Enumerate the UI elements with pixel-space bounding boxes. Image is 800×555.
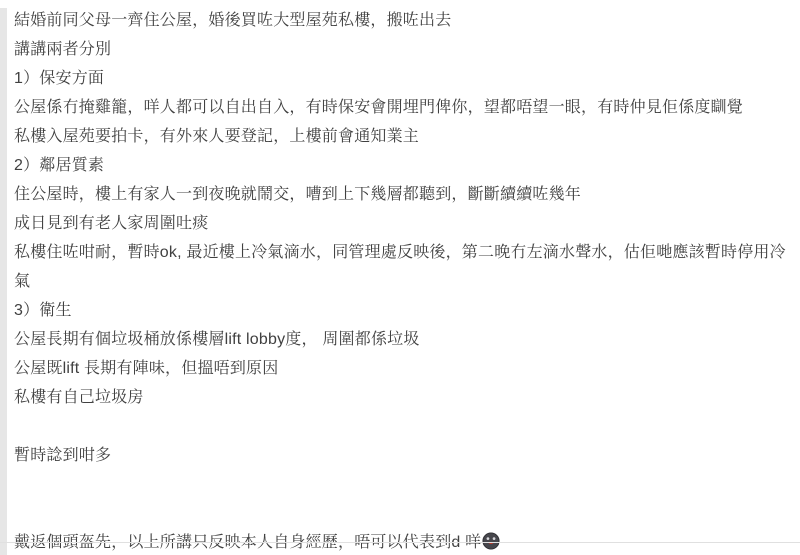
post-line: 暫時諗到咁多 — [14, 441, 790, 470]
bottom-divider — [0, 542, 800, 543]
post-line: 公屋長期有個垃圾桶放係樓層lift lobby度， 周圍都係垃圾 — [14, 325, 790, 354]
left-edge-strip — [0, 8, 7, 555]
blank-line — [14, 412, 790, 441]
blank-line — [14, 470, 790, 499]
post-line: 住公屋時，樓上有家人一到夜晚就鬧交，嘈到上下幾層都聽到，斷斷續續咗幾年 — [14, 180, 790, 209]
dark-face-emoji — [482, 531, 500, 549]
post-line: 公屋既lift 長期有陣味，但搵唔到原因 — [14, 354, 790, 383]
post-line: 公屋係冇掩雞籠，咩人都可以自出自入，有時保安會開埋門俾你，望都唔望一眼，有時仲見… — [14, 93, 790, 122]
section-heading-hygiene: 3）衛生 — [14, 296, 790, 325]
post-body: 結婚前同父母一齊住公屋，婚後買咗大型屋苑私樓，搬咗出去 講講兩者分別 1）保安方… — [14, 6, 790, 555]
blank-line — [14, 499, 790, 528]
post-line: 私樓入屋苑要拍卡，有外來人要登記，上樓前會通知業主 — [14, 122, 790, 151]
post-line: 私樓住咗咁耐，暫時ok, 最近樓上冷氣滴水，同管理處反映後，第二晚冇左滴水聲水，… — [14, 238, 790, 296]
post-line: 講講兩者分別 — [14, 35, 790, 64]
post-line: 成日見到有老人家周圍吐痰 — [14, 209, 790, 238]
post-line: 結婚前同父母一齊住公屋，婚後買咗大型屋苑私樓，搬咗出去 — [14, 6, 790, 35]
section-heading-neighbours: 2）鄰居質素 — [14, 151, 790, 180]
section-heading-security: 1）保安方面 — [14, 64, 790, 93]
post-line: 私樓有自己垃圾房 — [14, 383, 790, 412]
forum-post-page: 結婚前同父母一齊住公屋，婚後買咗大型屋苑私樓，搬咗出去 講講兩者分別 1）保安方… — [0, 0, 800, 555]
